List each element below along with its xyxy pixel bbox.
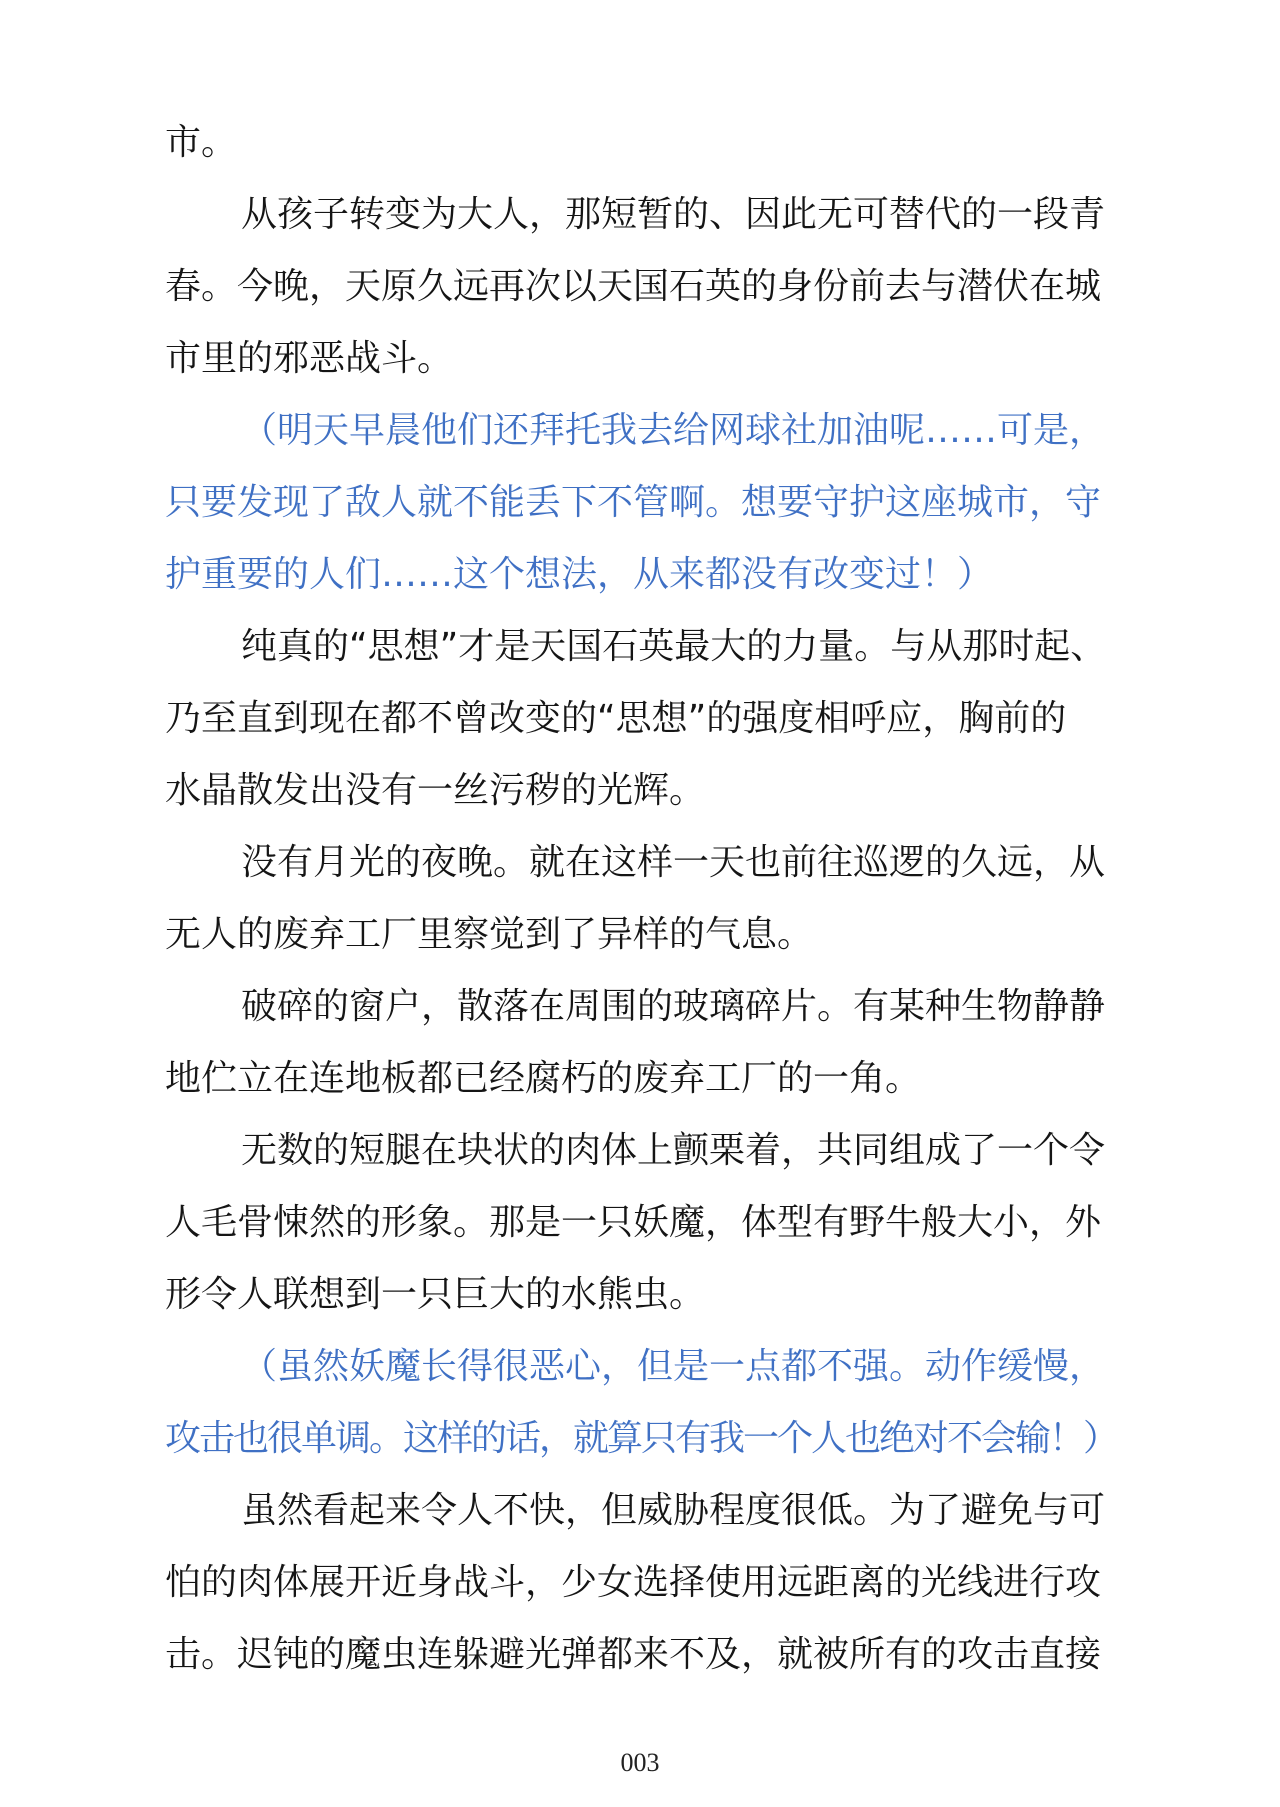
page-number: 003	[0, 1748, 1280, 1778]
text-line: 市。	[165, 107, 1119, 179]
paragraph-start-line: 从孩子转变为大人，那短暂的、因此无可替代的一段青	[165, 179, 1119, 251]
text-line: 水晶散发出没有一丝污秽的光辉。	[165, 755, 1119, 827]
inner-thought-line: 护重要的人们……这个想法，从来都没有改变过！）	[165, 539, 1119, 611]
book-page: 市。 从孩子转变为大人，那短暂的、因此无可替代的一段青 春。今晚，天原久远再次以…	[0, 0, 1280, 1807]
text-line: 形令人联想到一只巨大的水熊虫。	[165, 1259, 1119, 1331]
text-line: 乃至直到现在都不曾改变的“思想”的强度相呼应，胸前的	[165, 683, 1119, 755]
paragraph-start-line: 纯真的“思想”才是天国石英最大的力量。与从那时起、	[165, 611, 1119, 683]
paragraph-start-line: 没有月光的夜晚。就在这样一天也前往巡逻的久远，从	[165, 827, 1119, 899]
inner-thought-line: （虽然妖魔长得很恶心，但是一点都不强。动作缓慢，	[165, 1331, 1119, 1403]
paragraph-start-line: 无数的短腿在块状的肉体上颤栗着，共同组成了一个令	[165, 1115, 1119, 1187]
paragraph-start-line: 虽然看起来令人不快，但威胁程度很低。为了避免与可	[165, 1475, 1119, 1547]
body-text: 市。 从孩子转变为大人，那短暂的、因此无可替代的一段青 春。今晚，天原久远再次以…	[165, 107, 1119, 1691]
paragraph-start-line: 破碎的窗户，散落在周围的玻璃碎片。有某种生物静静	[165, 971, 1119, 1043]
text-line: 市里的邪恶战斗。	[165, 323, 1119, 395]
text-line: 人毛骨悚然的形象。那是一只妖魔，体型有野牛般大小，外	[165, 1187, 1119, 1259]
text-line: 地伫立在连地板都已经腐朽的废弃工厂的一角。	[165, 1043, 1119, 1115]
inner-thought-line: （明天早晨他们还拜托我去给网球社加油呢……可是，	[165, 395, 1119, 467]
text-line: 怕的肉体展开近身战斗，少女选择使用远距离的光线进行攻	[165, 1547, 1119, 1619]
inner-thought-line: 只要发现了敌人就不能丢下不管啊。想要守护这座城市，守	[165, 467, 1119, 539]
text-line: 无人的废弃工厂里察觉到了异样的气息。	[165, 899, 1119, 971]
inner-thought-line: 攻击也很单调。这样的话，就算只有我一个人也绝对不会输！）	[165, 1403, 1119, 1475]
text-line: 春。今晚，天原久远再次以天国石英的身份前去与潜伏在城	[165, 251, 1119, 323]
text-line: 击。迟钝的魔虫连躲避光弹都来不及，就被所有的攻击直接	[165, 1619, 1119, 1691]
